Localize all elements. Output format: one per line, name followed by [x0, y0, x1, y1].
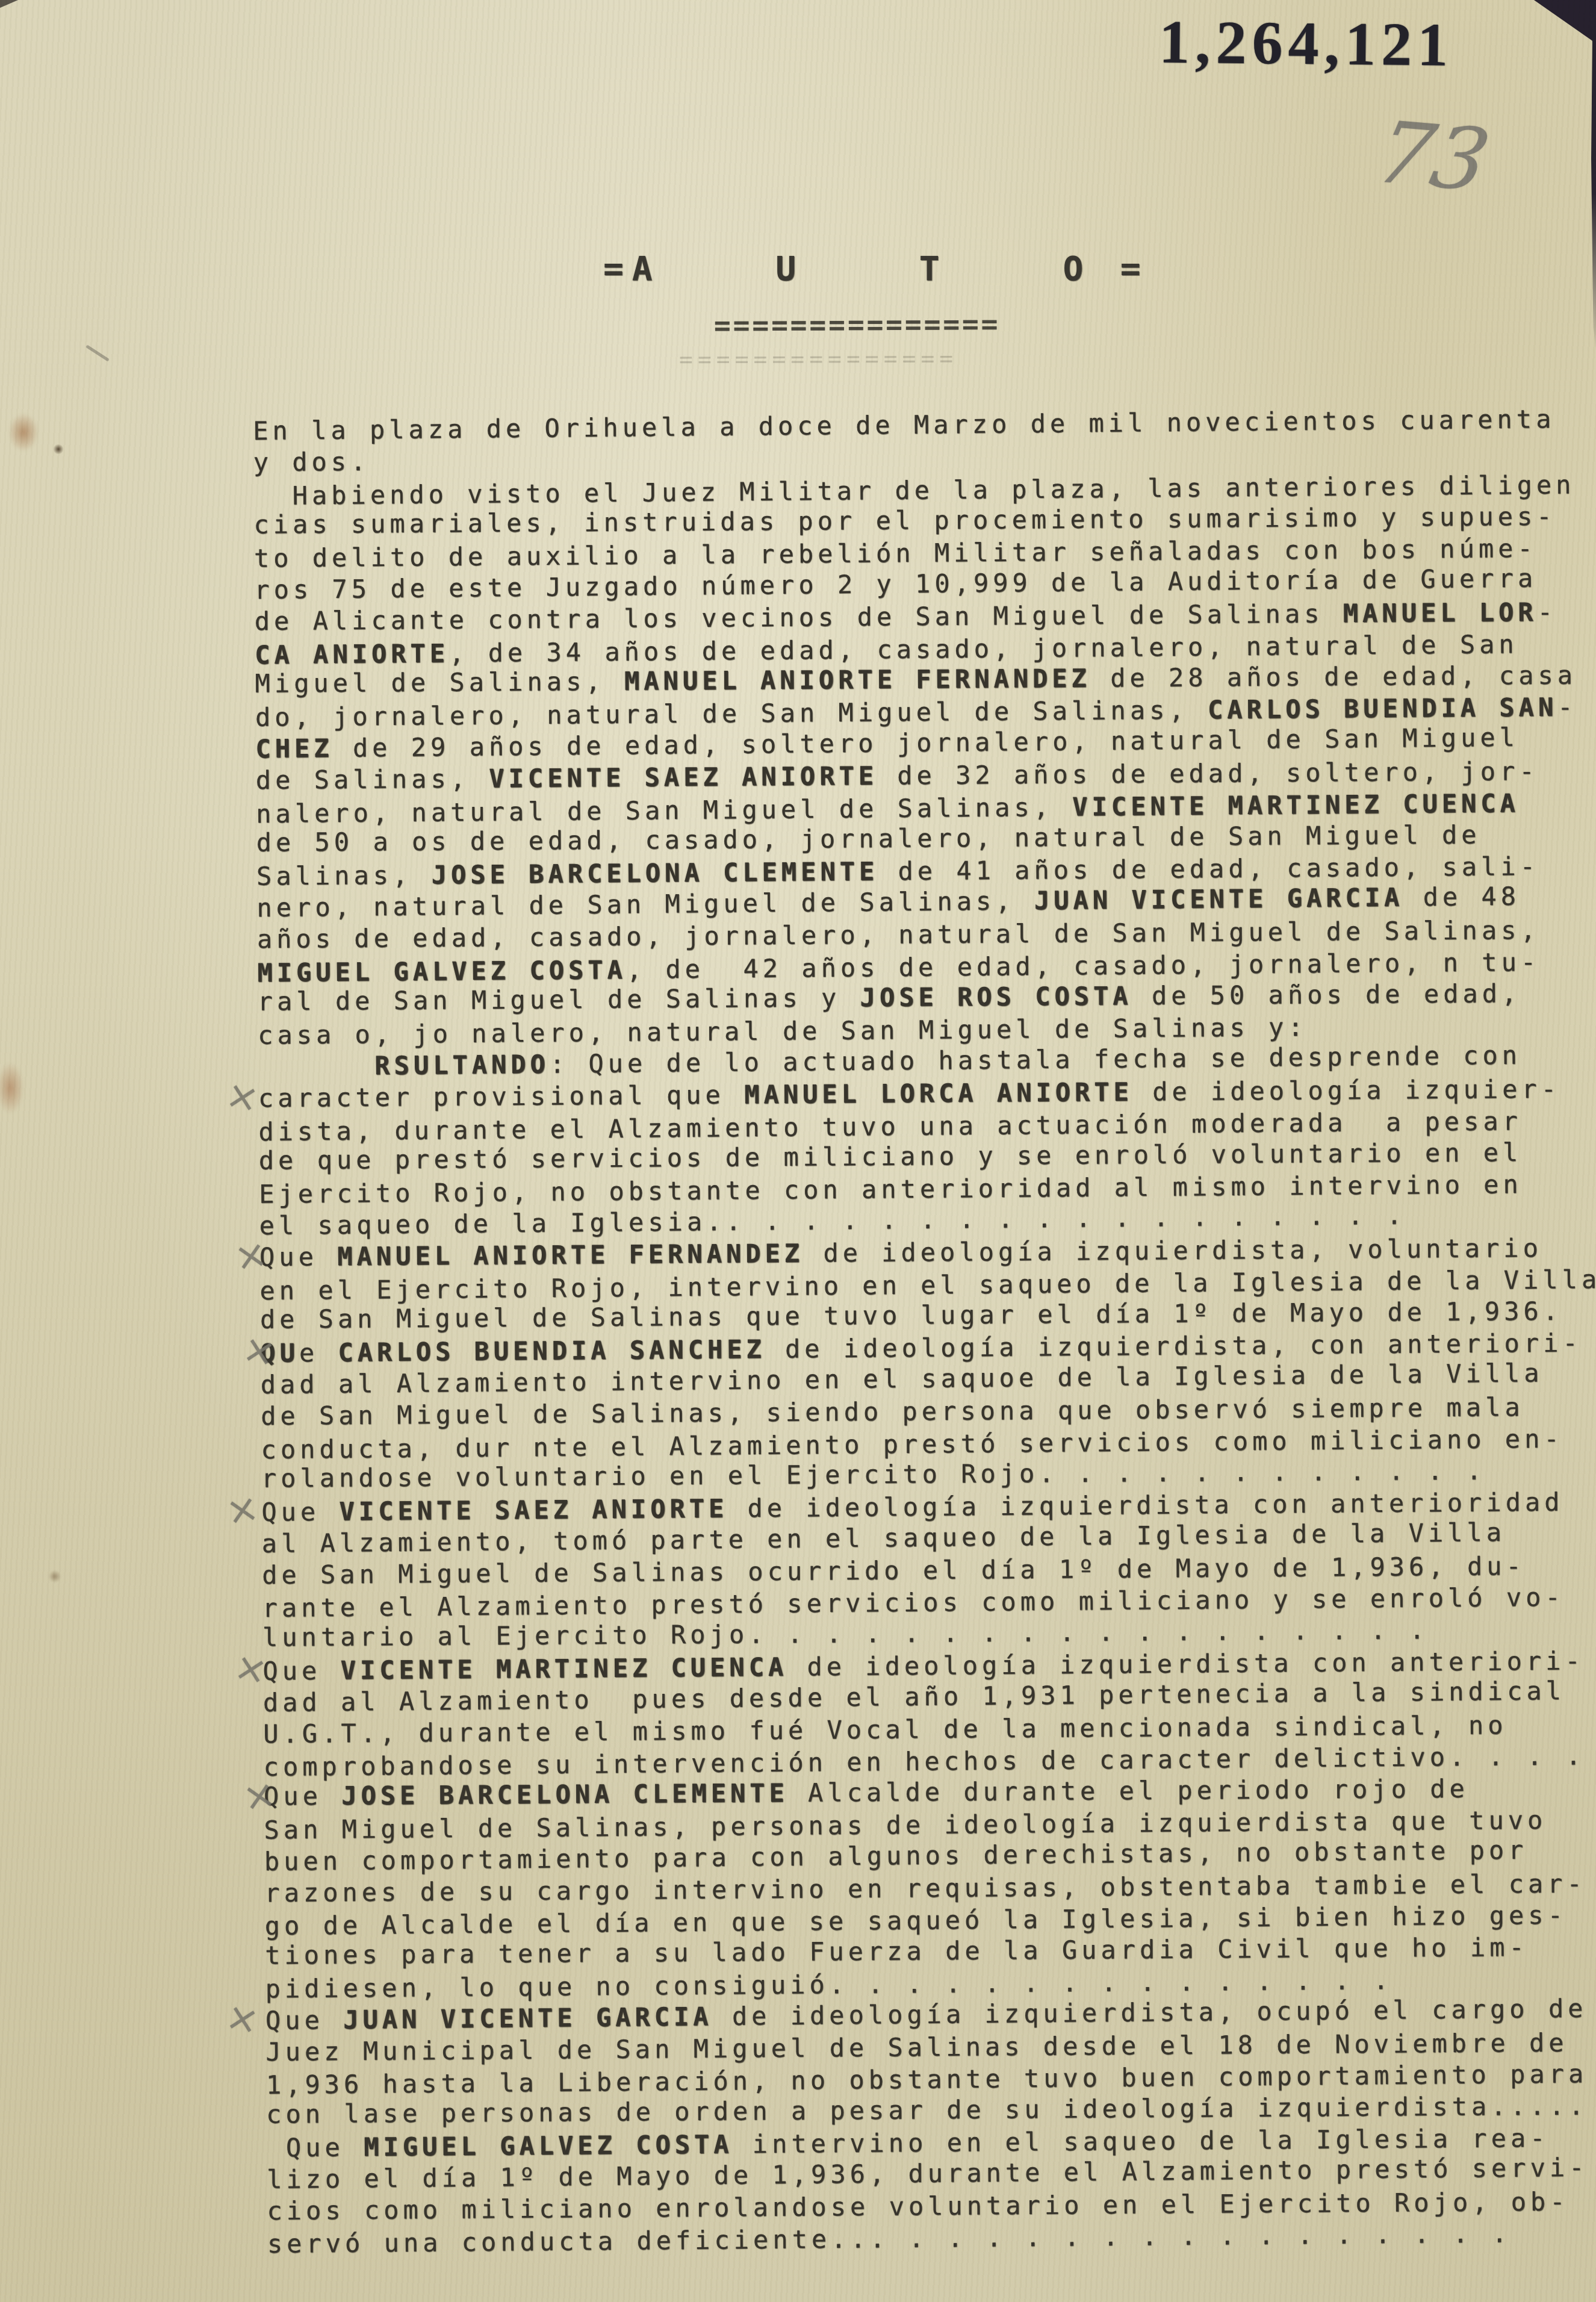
- archive-stamp-number: 1,264,121: [1158, 7, 1453, 80]
- scan-edge-shadow: [1586, 0, 1596, 352]
- pencil-tick-mark: [85, 344, 110, 361]
- scan-edge-shadow: [1529, 0, 1596, 43]
- document-title: =A U T O =: [603, 249, 1149, 288]
- title-underline: ===============: [714, 308, 1001, 341]
- paper-stain: [48, 1570, 61, 1582]
- ink-speck: [53, 444, 64, 454]
- pencil-x-mark: ×: [222, 1994, 263, 2044]
- scan-edge-shadow: [0, 0, 18, 8]
- paper-stain: [0, 1062, 24, 1114]
- document-body: En la plaza de Orihuela a doce de Marzo …: [253, 405, 1596, 2259]
- pencil-x-mark: ×: [223, 1485, 262, 1535]
- folio-number-handwritten: 73: [1368, 103, 1498, 210]
- pencil-x-mark: ×: [222, 1072, 263, 1122]
- document-page: 1,264,121 73 =A U T O = =============== …: [0, 0, 1596, 2302]
- paper-stain: [8, 413, 39, 452]
- title-underline-echo: ===============: [679, 345, 958, 373]
